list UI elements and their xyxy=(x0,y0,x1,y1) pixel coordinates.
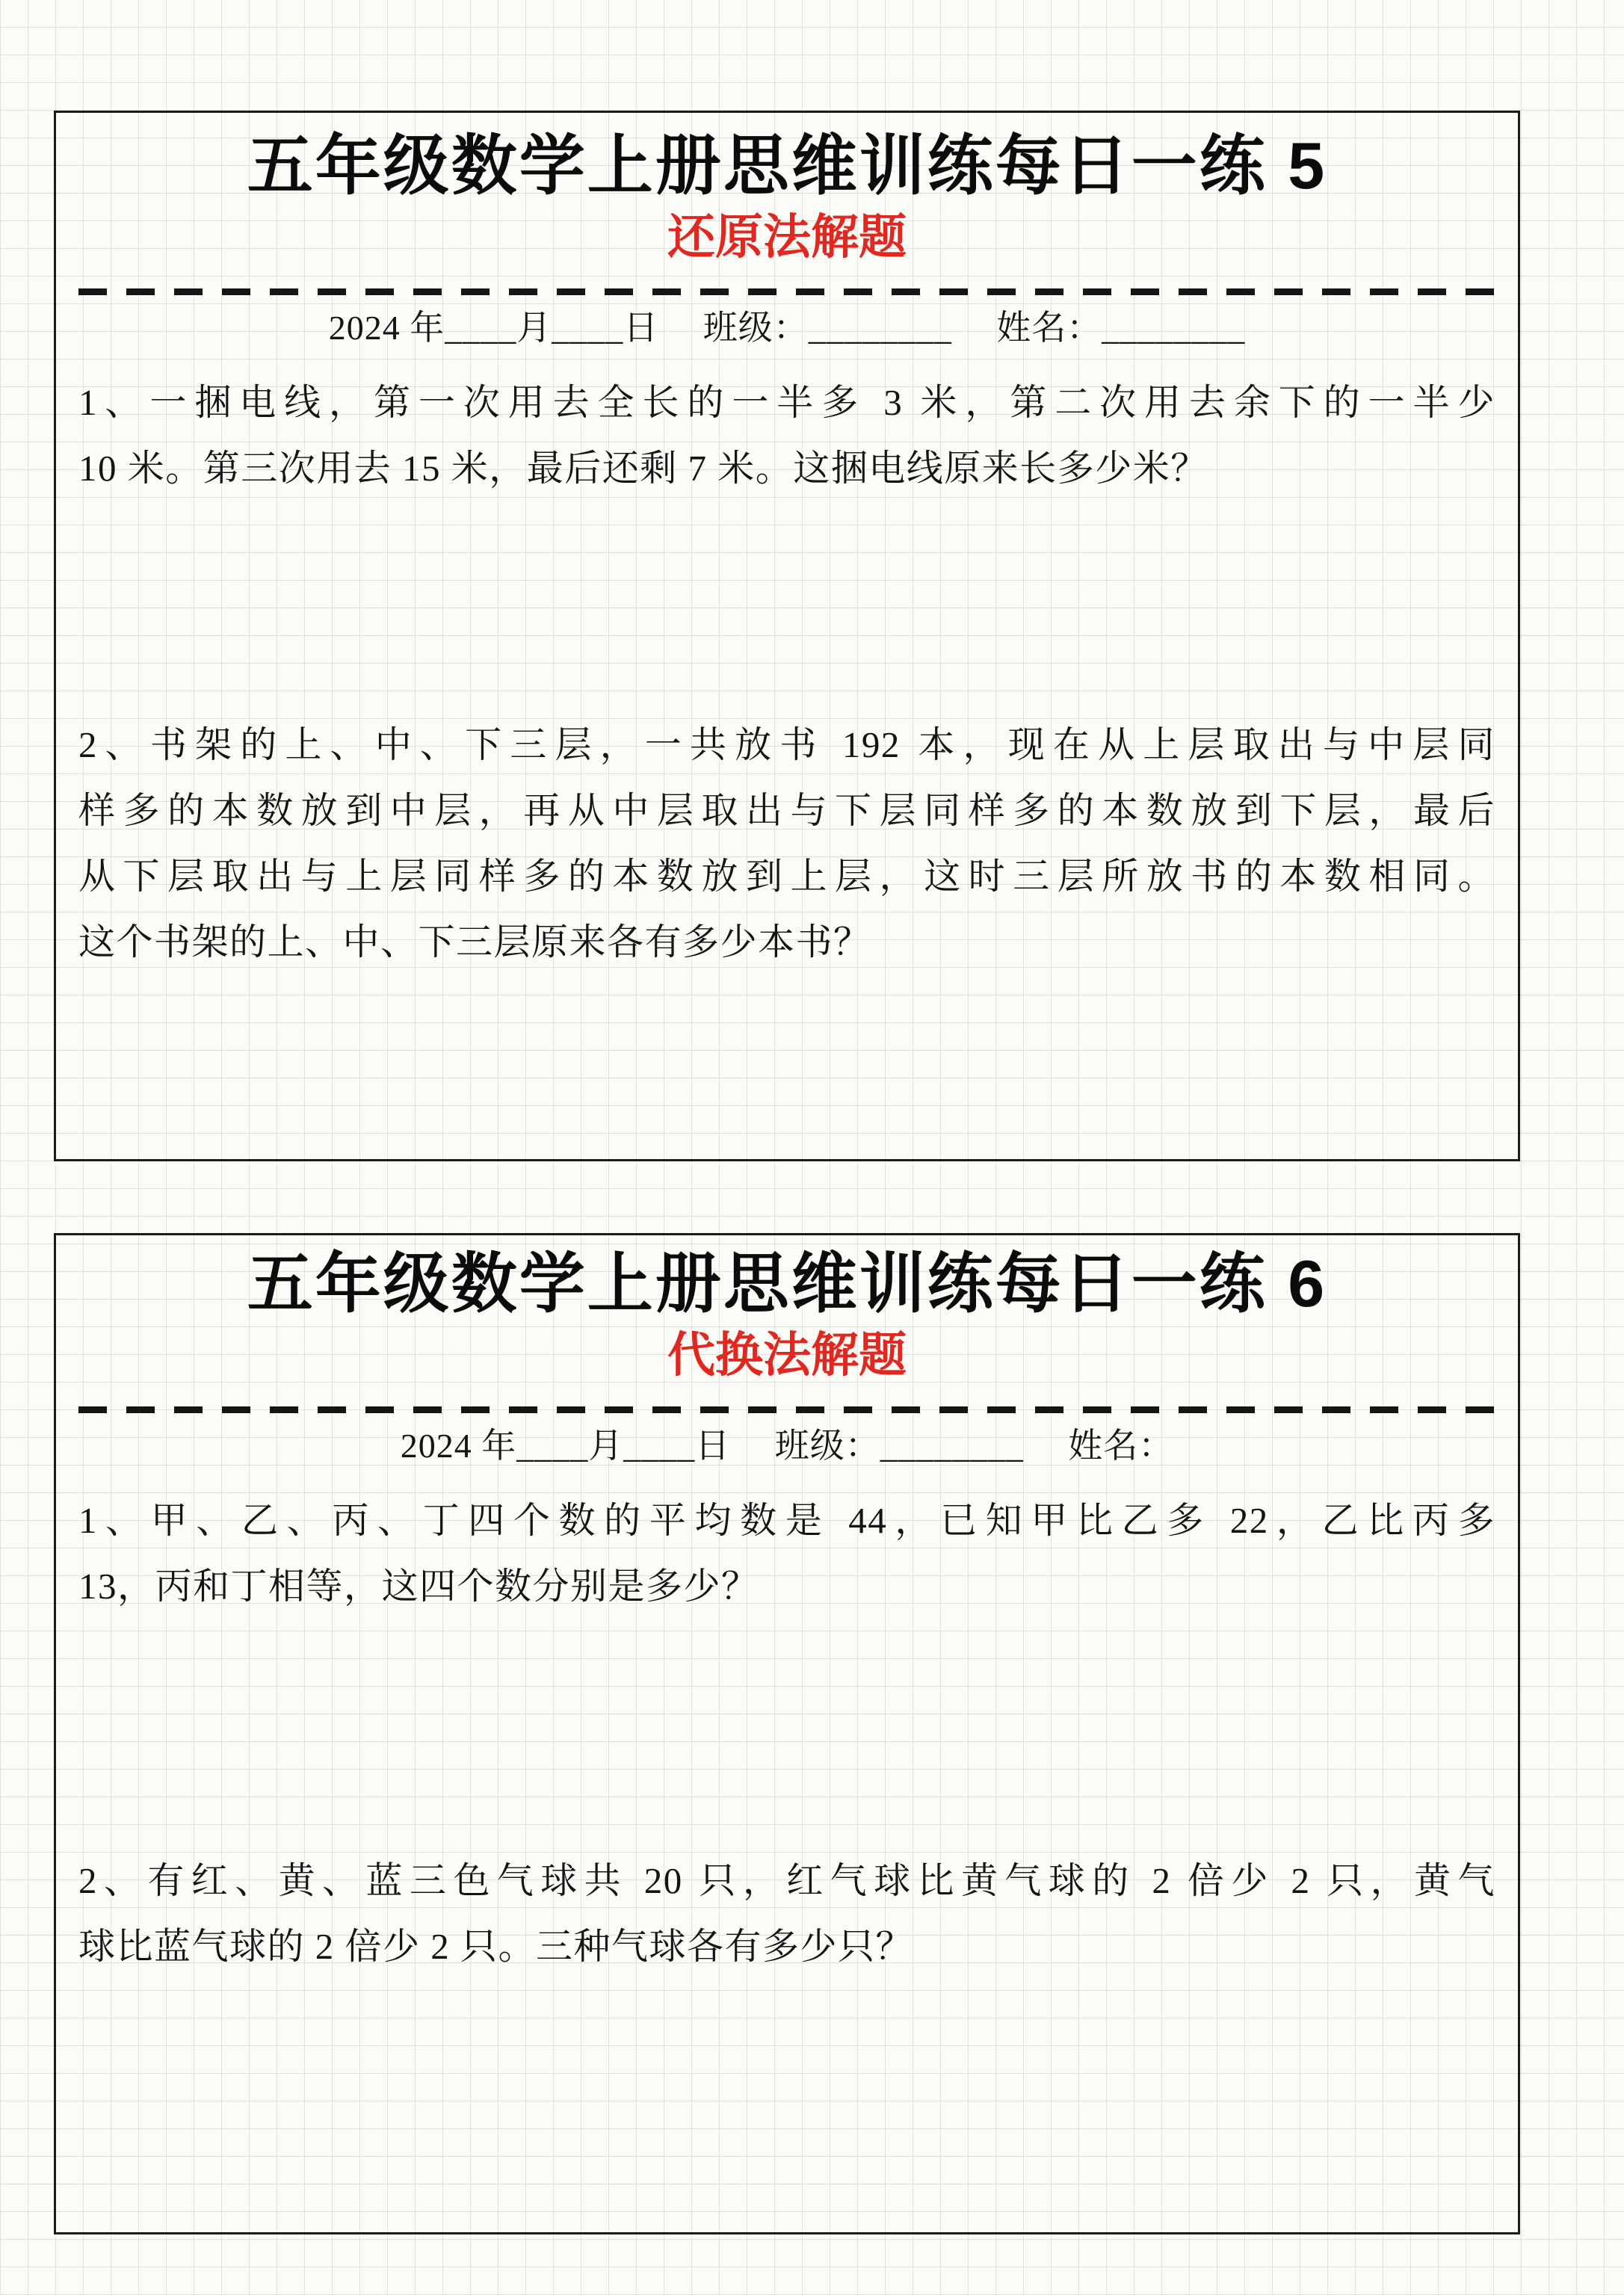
problem-text-line: 1、甲、乙、丙、丁四个数的平均数是 44，已知甲比乙多 22，乙比丙多 xyxy=(78,1488,1495,1554)
dashed-separator xyxy=(78,1406,1495,1413)
worksheet-title: 五年级数学上册思维训练每日一练 5 xyxy=(78,129,1495,203)
problem-text-line: 从下层取出与上层同样多的本数放到上层，这时三层所放书的本数相同。 xyxy=(78,844,1495,909)
problem-2: 2、书架的上、中、下三层，一共放书 192 本，现在从上层取出与中层同 样多的本… xyxy=(78,712,1495,975)
worksheet-title: 五年级数学上册思维训练每日一练 6 xyxy=(78,1247,1495,1321)
problem-1: 1、甲、乙、丙、丁四个数的平均数是 44，已知甲比乙多 22，乙比丙多 13，丙… xyxy=(78,1488,1495,1619)
worksheet-subtitle: 还原法解题 xyxy=(78,211,1495,263)
problem-text-line: 1、一捆电线，第一次用去全长的一半多 3 米，第二次用去余下的一半少 xyxy=(78,370,1495,436)
problem-2: 2、有红、黄、蓝三色气球共 20 只，红气球比黄气球的 2 倍少 2 只，黄气 … xyxy=(78,1848,1495,1980)
date-class-name-line: 2024 年____月____日 班级：________ 姓名：________ xyxy=(78,306,1495,350)
problem-text-line: 2、有红、黄、蓝三色气球共 20 只，红气球比黄气球的 2 倍少 2 只，黄气 xyxy=(78,1848,1495,1914)
worksheet-page: 五年级数学上册思维训练每日一练 5 还原法解题 2024 年____月____日… xyxy=(0,0,1624,2295)
problem-1: 1、一捆电线，第一次用去全长的一半多 3 米，第二次用去余下的一半少 10 米。… xyxy=(78,370,1495,501)
date-class-name-line: 2024 年____月____日 班级：________ 姓名： xyxy=(78,1424,1495,1468)
problem-text-line: 13，丙和丁相等，这四个数分别是多少？ xyxy=(78,1554,1495,1619)
worksheet-card-practice-6: 五年级数学上册思维训练每日一练 6 代换法解题 2024 年____月____日… xyxy=(54,1233,1520,2234)
problem-text-line: 2、书架的上、中、下三层，一共放书 192 本，现在从上层取出与中层同 xyxy=(78,712,1495,778)
problem-text-line: 这个书架的上、中、下三层原来各有多少本书？ xyxy=(78,909,1495,975)
dashed-separator xyxy=(78,288,1495,295)
worksheet-card-practice-5: 五年级数学上册思维训练每日一练 5 还原法解题 2024 年____月____日… xyxy=(54,111,1520,1161)
worksheet-subtitle: 代换法解题 xyxy=(78,1329,1495,1381)
problem-text-line: 10 米。第三次用去 15 米，最后还剩 7 米。这捆电线原来长多少米？ xyxy=(78,436,1495,501)
problem-text-line: 球比蓝气球的 2 倍少 2 只。三种气球各有多少只？ xyxy=(78,1914,1495,1980)
problem-text-line: 样多的本数放到中层，再从中层取出与下层同样多的本数放到下层，最后 xyxy=(78,778,1495,844)
